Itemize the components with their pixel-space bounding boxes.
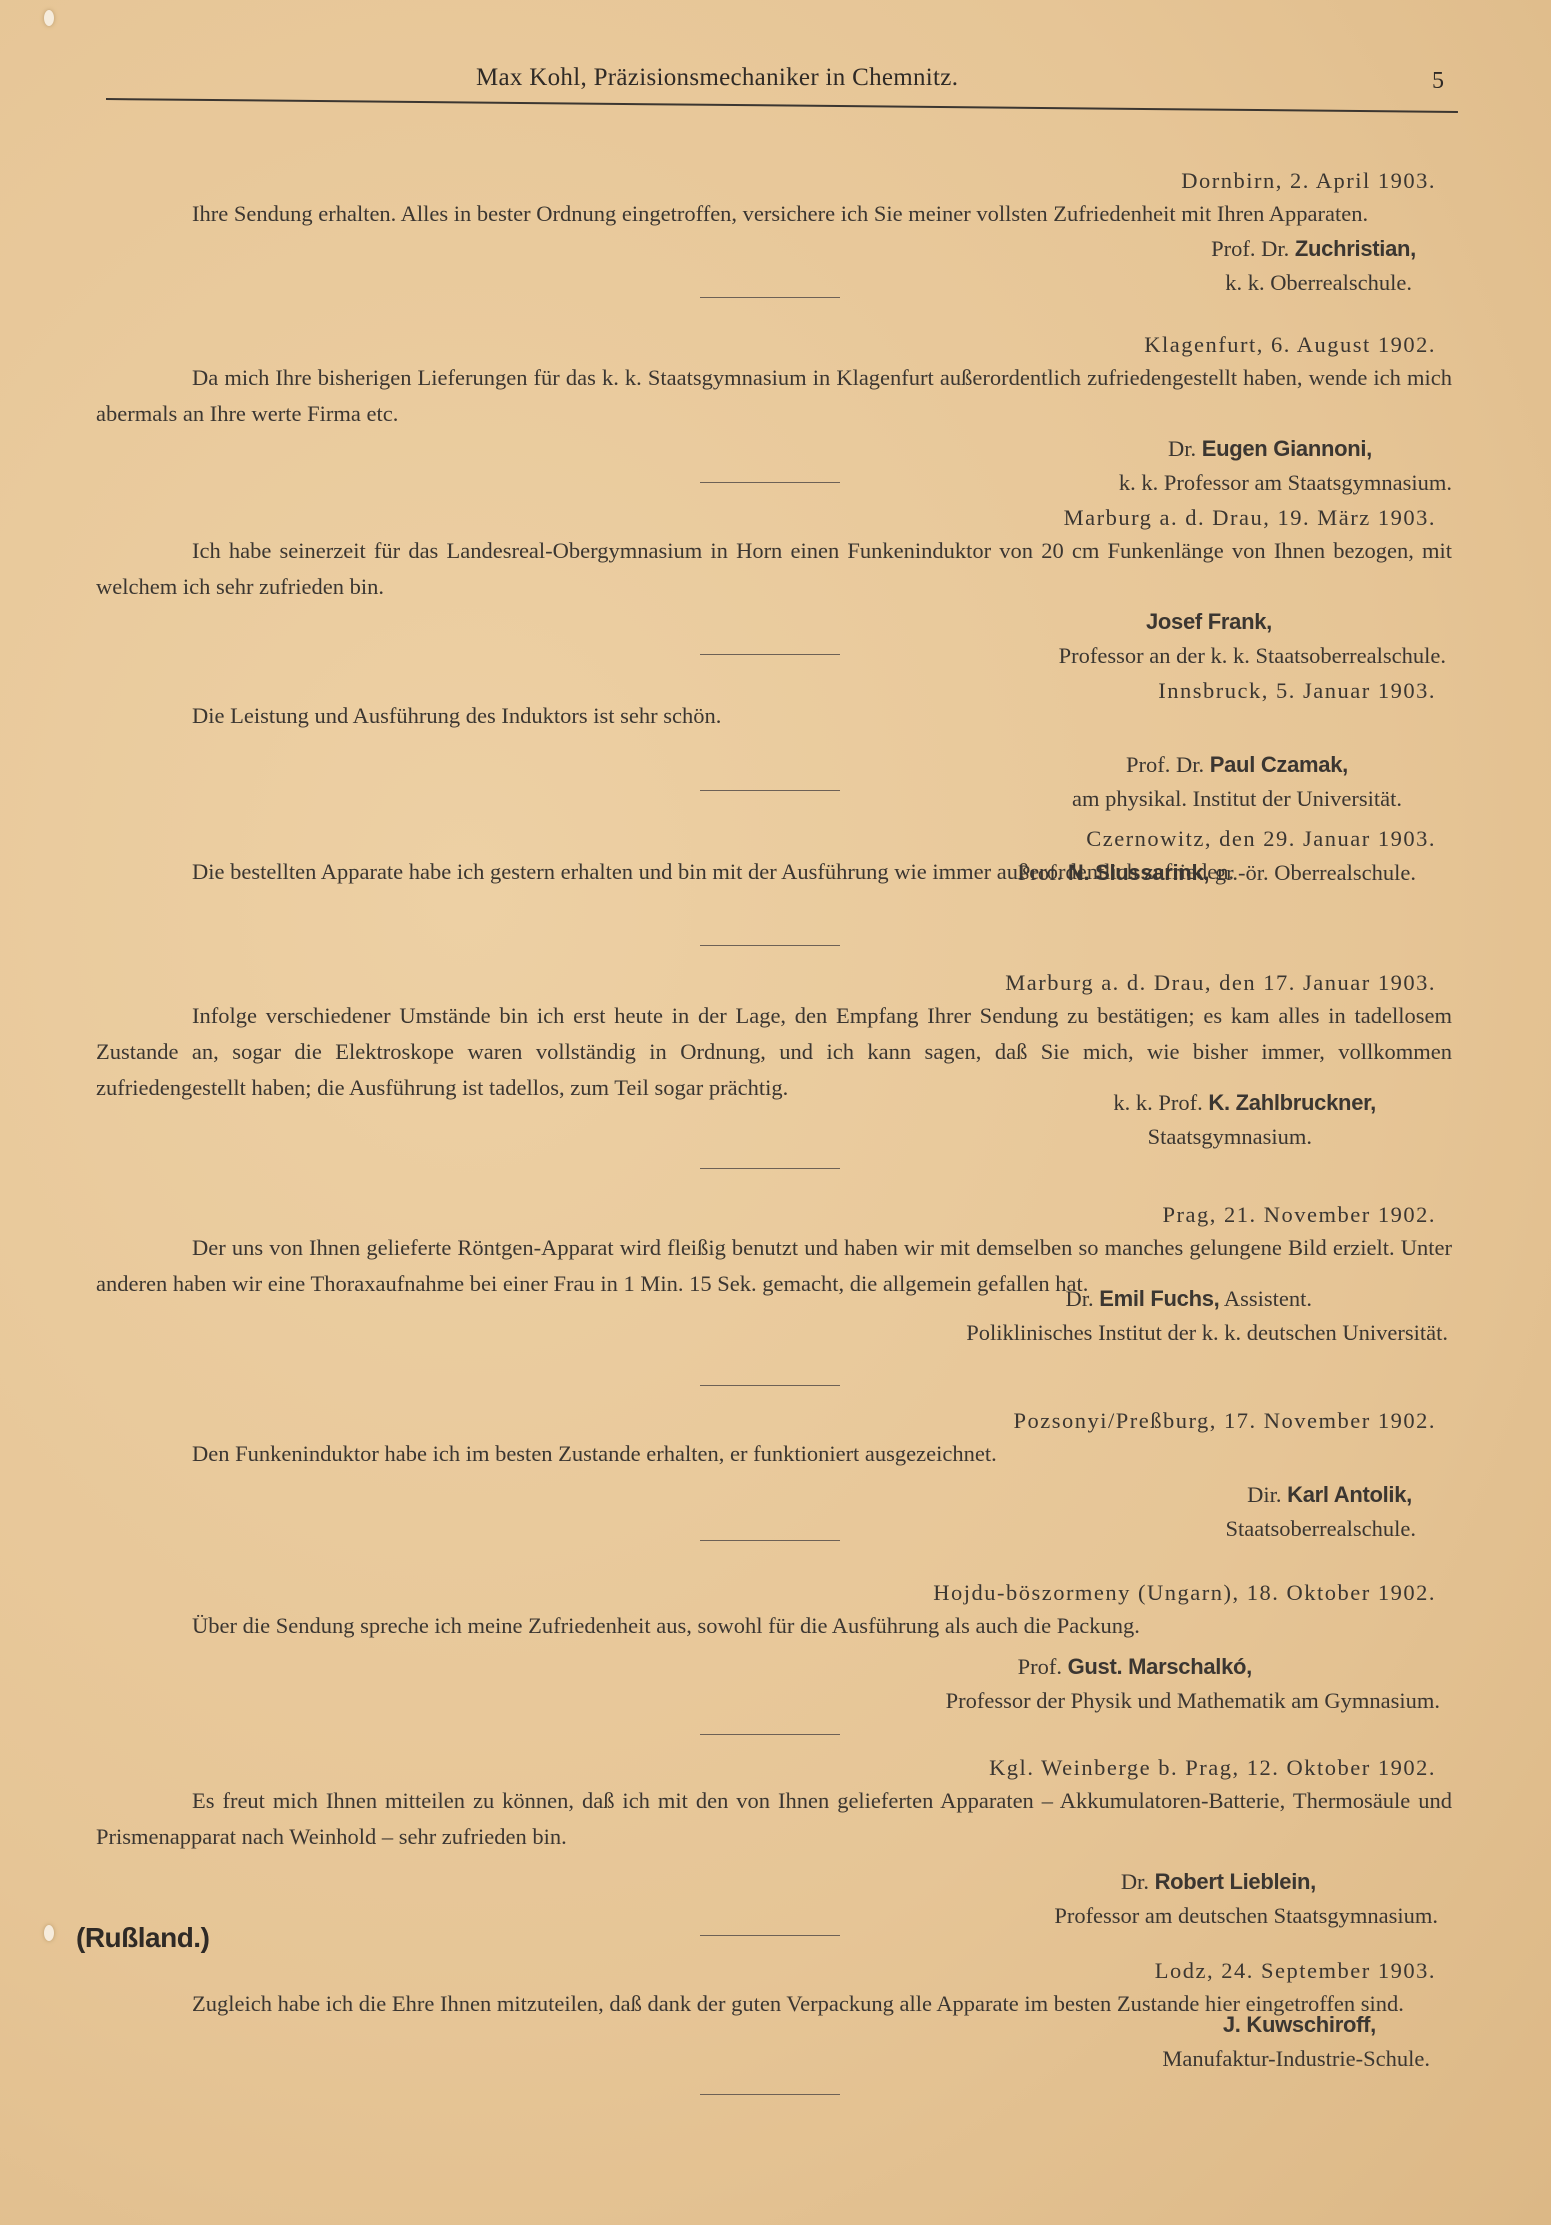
divider: [700, 654, 840, 655]
testimonial-text: Ich habe seinerzeit für das Landesreal-O…: [96, 533, 1452, 605]
place-date: Hojdu-böszormeny (Ungarn), 18. Oktober 1…: [96, 1580, 1452, 1606]
signature: Prof. Dr. Zuchristian,: [96, 232, 1452, 266]
testimonial-text: Da mich Ihre bisherigen Lieferungen für …: [96, 360, 1452, 432]
testimonial-text: Den Funkeninduktor habe ich im besten Zu…: [96, 1436, 1452, 1472]
running-header: Max Kohl, Präzisionsmechaniker in Chemni…: [106, 64, 1458, 104]
institution: am physikal. Institut der Universität.: [96, 782, 1452, 816]
signature-title: Dir.: [1247, 1482, 1281, 1507]
divider: [700, 2094, 840, 2095]
divider: [700, 790, 840, 791]
place-date: Pozsonyi/Preßburg, 17. November 1902.: [96, 1408, 1452, 1434]
signature-name: Gust. Marschalkó,: [1068, 1654, 1252, 1679]
place-date: Lodz, 24. September 1903.: [96, 1958, 1452, 1984]
institution: k. k. Professor am Staatsgymnasium.: [96, 466, 1452, 500]
punch-hole: [44, 10, 54, 26]
testimonial-entry: Czernowitz, den 29. Januar 1903. Die bes…: [96, 826, 1452, 890]
signature: Dir. Karl Antolik,: [96, 1478, 1452, 1512]
divider: [700, 1385, 840, 1386]
testimonial-entry: Klagenfurt, 6. August 1902. Da mich Ihre…: [96, 332, 1452, 500]
divider: [700, 1935, 840, 1936]
signature: Josef Frank,: [96, 605, 1452, 639]
place-date: Czernowitz, den 29. Januar 1903.: [96, 826, 1452, 852]
testimonial-text: Ihre Sendung erhalten. Alles in bester O…: [96, 196, 1452, 232]
signature-title: Dr.: [1121, 1869, 1149, 1894]
institution: Professor der Physik und Mathematik am G…: [96, 1684, 1452, 1718]
place-date: Kgl. Weinberge b. Prag, 12. Oktober 1902…: [96, 1755, 1452, 1781]
divider: [700, 1168, 840, 1169]
signature-title: Dr.: [1066, 1286, 1094, 1311]
punch-hole: [44, 1925, 54, 1941]
signature-title: Prof. Dr.: [1126, 752, 1204, 777]
institution: k. k. Oberrealschule.: [96, 266, 1452, 300]
signature-title: Prof. Dr.: [1211, 236, 1289, 261]
signature-title: Prof.: [1018, 1654, 1062, 1679]
signature: Prof. Dr. Paul Czamak,: [96, 748, 1452, 782]
signature-name: N. Slussarink,: [1068, 860, 1209, 885]
institution: Professor an der k. k. Staatsoberrealsch…: [96, 639, 1452, 673]
place-date: Marburg a. d. Drau, den 17. Januar 1903.: [96, 970, 1452, 996]
testimonial-entry: Prag, 21. November 1902. Der uns von Ihn…: [96, 1202, 1452, 1350]
signature-affiliation: gr.-ör. Oberrealschule.: [1215, 860, 1416, 885]
testimonial-text: Es freut mich Ihnen mitteilen zu können,…: [96, 1783, 1452, 1855]
signature-title: k. k. Prof.: [1113, 1090, 1202, 1115]
region-heading: (Rußland.): [76, 1922, 209, 1954]
testimonial-entry: Innsbruck, 5. Januar 1903. Die Leistung …: [96, 678, 1452, 816]
testimonial-text: Über die Sendung spreche ich meine Zufri…: [96, 1608, 1452, 1644]
divider: [700, 945, 840, 946]
signature-name: Josef Frank,: [1146, 609, 1272, 634]
signature-name: K. Zahlbruckner,: [1208, 1090, 1376, 1115]
institution: Poliklinisches Institut der k. k. deutsc…: [96, 1316, 1452, 1350]
signature-name: Emil Fuchs,: [1099, 1286, 1219, 1311]
testimonial-entry: Lodz, 24. September 1903. Zugleich habe …: [96, 1958, 1452, 2076]
signature-title: Dr.: [1168, 436, 1196, 461]
institution: Staatsgymnasium.: [96, 1120, 1452, 1154]
header-title: Max Kohl, Präzisionsmechaniker in Chemni…: [476, 64, 958, 92]
signature: Dr. Eugen Giannoni,: [96, 432, 1452, 466]
page-number: 5: [1432, 68, 1444, 95]
signature-name: Eugen Giannoni,: [1202, 436, 1372, 461]
testimonial-entry: Hojdu-böszormeny (Ungarn), 18. Oktober 1…: [96, 1580, 1452, 1718]
place-date: Klagenfurt, 6. August 1902.: [96, 332, 1452, 358]
place-date: Prag, 21. November 1902.: [96, 1202, 1452, 1228]
signature-title: Prof.: [1018, 860, 1062, 885]
signature-name: Karl Antolik,: [1287, 1482, 1412, 1507]
divider: [700, 297, 840, 298]
institution: Manufaktur-Industrie-Schule.: [96, 2042, 1452, 2076]
signature: Dr. Robert Lieblein,: [96, 1865, 1452, 1899]
signature-name: Zuchristian,: [1295, 236, 1416, 261]
testimonial-entry: Marburg a. d. Drau, den 17. Januar 1903.…: [96, 970, 1452, 1154]
divider: [700, 1540, 840, 1541]
signature-name: Robert Lieblein,: [1155, 1869, 1316, 1894]
divider: [700, 482, 840, 483]
signature-name: J. Kuwschiroff,: [1223, 2012, 1376, 2037]
divider: [700, 1734, 840, 1735]
testimonial-entry: Pozsonyi/Preßburg, 17. November 1902. De…: [96, 1408, 1452, 1546]
signature-name: Paul Czamak,: [1210, 752, 1348, 777]
testimonial-entry: Dornbirn, 2. April 1903. Ihre Sendung er…: [96, 168, 1452, 300]
signature: Prof. Gust. Marschalkó,: [96, 1650, 1452, 1684]
signature-role: Assistent.: [1224, 1286, 1312, 1311]
document-page: Max Kohl, Präzisionsmechaniker in Chemni…: [0, 0, 1551, 2225]
place-date: Marburg a. d. Drau, 19. März 1903.: [96, 505, 1452, 531]
testimonial-entry: Kgl. Weinberge b. Prag, 12. Oktober 1902…: [96, 1755, 1452, 1933]
institution: Professor am deutschen Staatsgymnasium.: [96, 1899, 1452, 1933]
place-date: Dornbirn, 2. April 1903.: [96, 168, 1452, 194]
testimonial-entry: Marburg a. d. Drau, 19. März 1903. Ich h…: [96, 505, 1452, 673]
